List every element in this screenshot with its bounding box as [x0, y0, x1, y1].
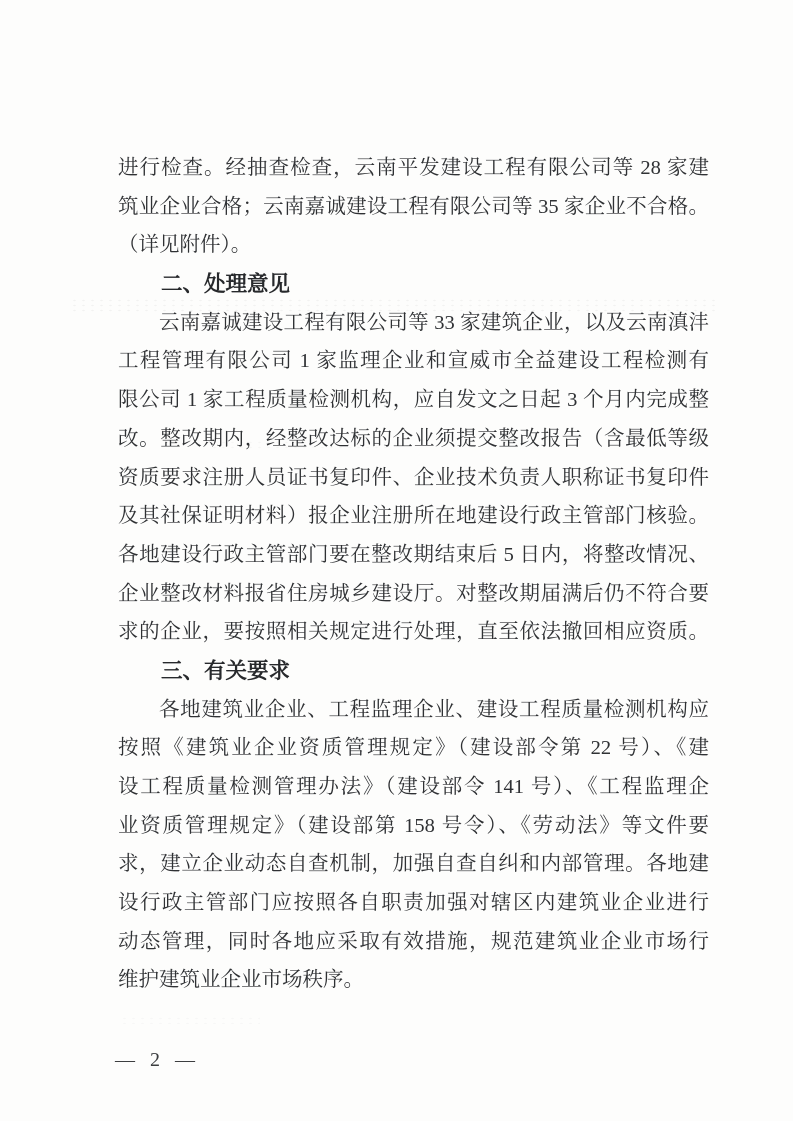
- body-line: 求的企业，要按照相关规定进行处理，直至依法撤回相应资质。: [118, 613, 709, 652]
- body-line: 筑业企业合格；云南嘉诚建设工程有限公司等 35 家企业不合格。: [118, 188, 709, 227]
- body-line: 设工程质量检测管理办法》（建设部令 141 号）、《工程监理企: [118, 768, 709, 807]
- section-heading: 三、有关要求: [118, 652, 709, 691]
- page-number: — 2 —: [115, 1047, 198, 1073]
- body-line: 工程管理有限公司 1 家监理企业和宣威市全益建设工程检测有: [118, 342, 709, 381]
- body-line: 进行检查。经抽查检查，云南平发建设工程有限公司等 28 家建: [118, 149, 709, 188]
- body-line: 各地建设行政主管部门要在整改期结束后 5 日内，将整改情况、: [118, 536, 709, 575]
- document-page: 进行检查。经抽查检查，云南平发建设工程有限公司等 28 家建 筑业企业合格；云南…: [0, 0, 793, 1121]
- body-line: 设行政主管部门应按照各自职责加强对辖区内建筑业企业进行: [118, 884, 709, 923]
- document-text-block: 进行检查。经抽查检查，云南平发建设工程有限公司等 28 家建 筑业企业合格；云南…: [118, 149, 709, 1000]
- body-line: 限公司 1 家工程质量检测机构，应自发文之日起 3 个月内完成整: [118, 381, 709, 420]
- body-line: 资质要求注册人员证书复印件、企业技术负责人职称证书复印件: [118, 459, 709, 498]
- body-line: 业资质管理规定》（建设部第 158 号令）、《劳动法》等文件要: [118, 807, 709, 846]
- body-line: 按照《建筑业企业资质管理规定》（建设部令第 22 号）、《建: [118, 729, 709, 768]
- section-heading: 二、处理意见: [118, 265, 709, 304]
- body-line: 云南嘉诚建设工程有限公司等 33 家建筑企业，以及云南滇沣: [118, 304, 709, 343]
- body-line: 及其社保证明材料）报企业注册所在地建设行政主管部门核验。: [118, 497, 709, 536]
- body-line: 求，建立企业动态自查机制，加强自查自纠和内部管理。各地建: [118, 845, 709, 884]
- body-line: 改。整改期内，经整改达标的企业须提交整改报告（含最低等级: [118, 420, 709, 459]
- body-line: 企业整改材料报省住房城乡建设厅。对整改期届满后仍不符合要: [118, 575, 709, 614]
- body-line: （详见附件）。: [118, 226, 709, 265]
- body-line: 各地建筑业企业、工程监理企业、建设工程质量检测机构应: [118, 691, 709, 730]
- scan-noise: [120, 1016, 260, 1024]
- body-line: 维护建筑业企业市场秩序。: [118, 961, 709, 1000]
- body-line: 动态管理，同时各地应采取有效措施，规范建筑业企业市场行为，: [118, 923, 709, 962]
